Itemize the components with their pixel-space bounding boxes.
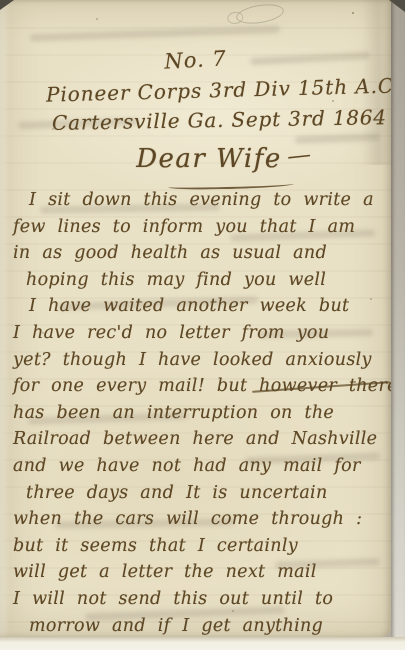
letter-body-line: I will not send this out until to (13, 586, 391, 613)
salutation-line: Dear Wife — (0, 144, 391, 174)
letter-scan: No. 7 Pioneer Corps 3rd Div 15th A.C. Ca… (0, 0, 405, 650)
unit-line: Pioneer Corps 3rd Div 15th A.C. (46, 73, 401, 106)
letter-body-line: three days and It is uncertain (13, 480, 391, 507)
letter-body-line: Railroad between here and Nashville (13, 426, 391, 453)
letter-body-line: yet? though I have looked anxiously (13, 347, 391, 374)
letter-text: No. 7 Pioneer Corps 3rd Div 15th A.C. Ca… (0, 0, 405, 650)
letter-body-line: morrow and if I get anything (13, 613, 391, 640)
letter-body-line: I have waited another week but (13, 293, 391, 320)
letter-body-line: has been an interruption on the (13, 400, 391, 427)
letter-body: I sit down this evening to write a few l… (13, 187, 391, 639)
scan-bottom-edge (0, 637, 405, 650)
scan-right-edge (391, 0, 405, 650)
letter-body-line: hoping this may find you well (13, 267, 391, 294)
letter-body-line: when the cars will come through : (13, 506, 391, 533)
letter-body-line: and we have not had any mail for (13, 453, 391, 480)
letter-body-line: I have rec'd no letter from you (13, 320, 391, 347)
place-date-line: Cartersville Ga. Sept 3rd 1864 (52, 105, 387, 135)
salutation-dash: — (285, 140, 312, 170)
letter-body-line: will get a letter the next mail (13, 559, 391, 586)
salutation: Dear Wife (136, 144, 282, 174)
letter-body-line: few lines to inform you that I am (13, 214, 391, 241)
letter-body-line: but it seems that I certainly (13, 533, 391, 560)
letter-body-line: in as good health as usual and (13, 240, 391, 267)
letter-body-line: I sit down this evening to write a (13, 187, 391, 214)
